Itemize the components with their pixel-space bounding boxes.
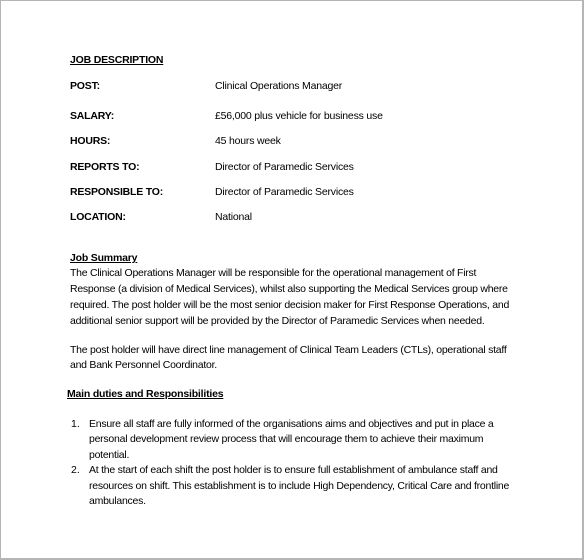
field-label-responsible-to: RESPONSIBLE TO: bbox=[70, 186, 163, 198]
duty-line: At the start of each shift the post hold… bbox=[89, 464, 498, 476]
duty-line: Ensure all staff are fully informed of t… bbox=[89, 418, 493, 430]
field-value-location: National bbox=[215, 211, 252, 223]
field-value-responsible-to: Director of Paramedic Services bbox=[215, 186, 354, 198]
field-value-salary: £56,000 plus vehicle for business use bbox=[215, 110, 383, 122]
duty-number: 2. bbox=[71, 464, 80, 476]
job-summary-line: additional senior support will be provid… bbox=[70, 315, 485, 327]
duties-heading: Main duties and Responsibilities bbox=[67, 388, 223, 400]
duty-line: ambulances. bbox=[89, 495, 146, 507]
document-title: JOB DESCRIPTION bbox=[70, 54, 163, 66]
job-summary-heading: Job Summary bbox=[70, 252, 137, 264]
field-value-hours: 45 hours week bbox=[215, 135, 281, 147]
management-paragraph-line: The post holder will have direct line ma… bbox=[70, 344, 507, 356]
duty-line: potential. bbox=[89, 449, 129, 461]
field-label-post: POST: bbox=[70, 80, 100, 92]
management-paragraph-line: and Bank Personnel Coordinator. bbox=[70, 359, 217, 371]
job-summary-line: Response (a division of Medical Services… bbox=[70, 283, 508, 295]
job-summary-line: The Clinical Operations Manager will be … bbox=[70, 267, 476, 279]
duty-number: 1. bbox=[71, 418, 80, 430]
field-label-reports-to: REPORTS TO: bbox=[70, 161, 139, 173]
document-page: JOB DESCRIPTION POST: Clinical Operation… bbox=[0, 0, 584, 560]
field-label-salary: SALARY: bbox=[70, 110, 114, 122]
job-summary-line: required. The post holder will be the mo… bbox=[70, 299, 509, 311]
field-label-hours: HOURS: bbox=[70, 135, 110, 147]
duty-line: personal development review process that… bbox=[89, 433, 483, 445]
field-value-post: Clinical Operations Manager bbox=[215, 80, 342, 92]
duty-line: resources on shift. This establishment i… bbox=[89, 480, 509, 492]
field-value-reports-to: Director of Paramedic Services bbox=[215, 161, 354, 173]
field-label-location: LOCATION: bbox=[70, 211, 126, 223]
